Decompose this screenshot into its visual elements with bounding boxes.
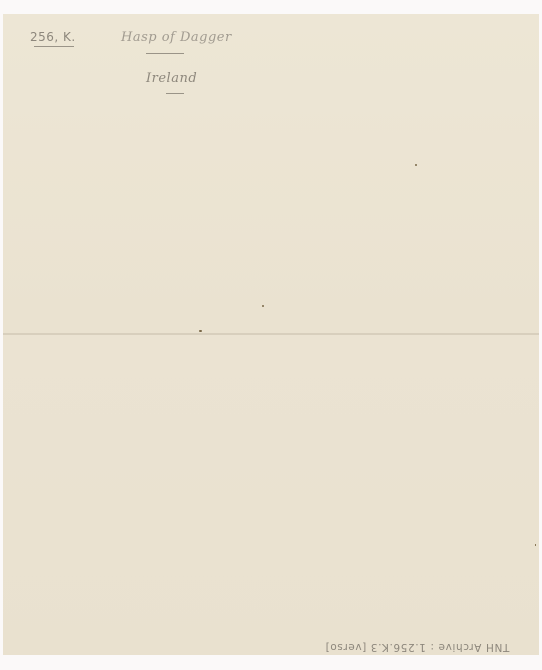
archive-stamp: TNH Archive : 1.256.K.3 [verso] bbox=[325, 641, 509, 653]
catalog-reference: 256, K. bbox=[30, 30, 76, 44]
object-title: Hasp of Dagger bbox=[121, 30, 232, 45]
catalog-reference-underline bbox=[34, 46, 74, 47]
lower-panel bbox=[3, 335, 539, 655]
document-sheet: 256, K. Hasp of Dagger Ireland TNH Archi… bbox=[3, 14, 539, 655]
paper-speck bbox=[415, 164, 417, 166]
upper-panel bbox=[3, 14, 539, 334]
paper-speck bbox=[535, 544, 536, 546]
place-of-origin: Ireland bbox=[146, 71, 197, 86]
place-underline bbox=[166, 93, 184, 94]
paper-speck bbox=[262, 305, 264, 307]
paper-speck bbox=[199, 330, 202, 332]
title-underline bbox=[146, 53, 184, 54]
